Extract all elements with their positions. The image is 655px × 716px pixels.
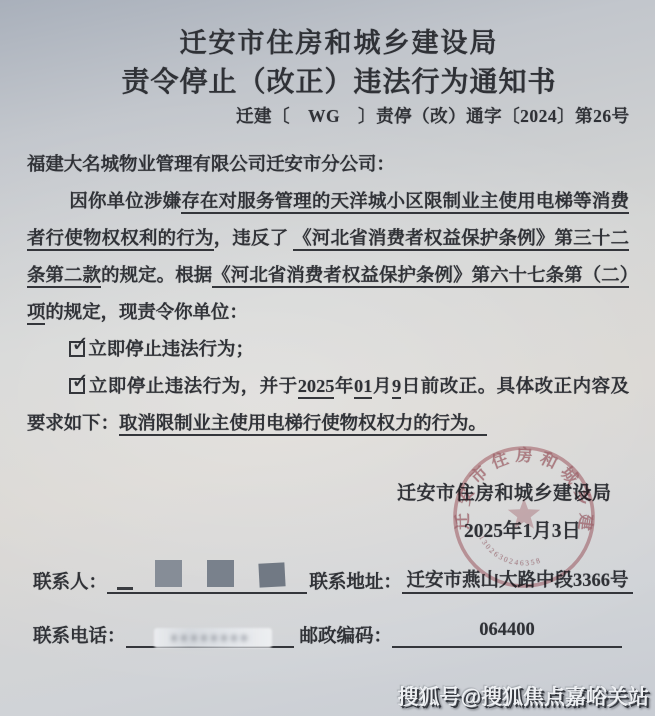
check-mark-icon: ✓	[71, 371, 89, 392]
checked-checkbox-icon: ✓	[69, 341, 85, 357]
blurred-phone-number	[154, 628, 272, 648]
order-item-stop: ✓立即停止违法行为；	[27, 331, 629, 368]
text-segment: ，违反了	[214, 228, 294, 248]
contact-phone-row: 联系电话：邮政编码：064400	[33, 620, 633, 648]
official-seal-stamp: 迁安市住房和城乡建设局 1302630246358	[441, 434, 607, 600]
text-segment: 因你单位涉嫌	[69, 191, 181, 211]
recipient-line: 福建大名城物业管理有限公司迁安市分公司：	[27, 146, 629, 183]
text-segment: 立即停止违法行为；	[88, 339, 254, 359]
document-body: 福建大名城物业管理有限公司迁安市分公司： 因你单位涉嫌存在对服务管理的天洋城小区…	[27, 146, 629, 442]
handwritten-dash	[117, 587, 133, 590]
redaction-box	[258, 562, 285, 587]
redaction-box	[155, 560, 182, 587]
redaction-box	[207, 560, 234, 587]
postal-code-value: 064400	[392, 620, 622, 648]
underlined-text-segment: 取消限制业主使用电梯行使物权权力的行为。	[119, 413, 487, 436]
seal-serial-number: 1302630246358	[477, 534, 543, 568]
contact-person-label: 联系人：	[33, 568, 107, 594]
text-segment: 月	[372, 376, 392, 396]
postal-code-label: 邮政编码：	[300, 622, 393, 648]
contact-phone-label: 联系电话：	[33, 622, 126, 648]
sohu-watermark: 搜狐号@搜狐焦点嘉峪关站	[398, 681, 649, 711]
underlined-text-segment: 2025	[298, 376, 335, 399]
document-photo: 迁安市住房和城乡建设局 责令停止（改正）违法行为通知书 迁建〔 WG 〕责停（改…	[0, 0, 655, 716]
underlined-text-segment: 01	[354, 376, 372, 399]
text-segment: 立即停止违法行为，并于	[88, 376, 297, 396]
document-number: 迁建〔 WG 〕责停（改）通字〔2024〕第26号	[236, 103, 630, 128]
contact-phone-value-blurred	[126, 620, 294, 648]
text-segment: 的规定，现责令你单位：	[45, 302, 247, 322]
order-text: 立即停止违法行为，并于2025年01月9日前改正。具体改正内容及要求如下：取消限…	[27, 376, 629, 436]
order-item-correct: ✓立即停止违法行为，并于2025年01月9日前改正。具体改正内容及要求如下：取消…	[27, 368, 629, 442]
check-mark-icon: ✓	[71, 334, 89, 355]
seal-star-icon	[508, 498, 540, 529]
contact-address-label: 联系地址：	[309, 568, 402, 594]
issuing-authority-title: 迁安市住房和城乡建设局	[0, 21, 655, 60]
underlined-text-segment: 9	[392, 376, 401, 399]
text-segment: 年	[334, 376, 354, 396]
svg-text:1302630246358: 1302630246358	[477, 534, 543, 568]
text-segment: 的规定。根据	[101, 265, 212, 285]
contact-person-value-redacted	[107, 566, 307, 594]
checked-checkbox-icon: ✓	[69, 378, 85, 394]
order-text: 立即停止违法行为；	[88, 339, 254, 359]
violation-paragraph: 因你单位涉嫌存在对服务管理的天洋城小区限制业主使用电梯等消费者行使物权权利的行为…	[27, 183, 629, 331]
document-title: 责令停止（改正）违法行为通知书	[0, 60, 655, 100]
